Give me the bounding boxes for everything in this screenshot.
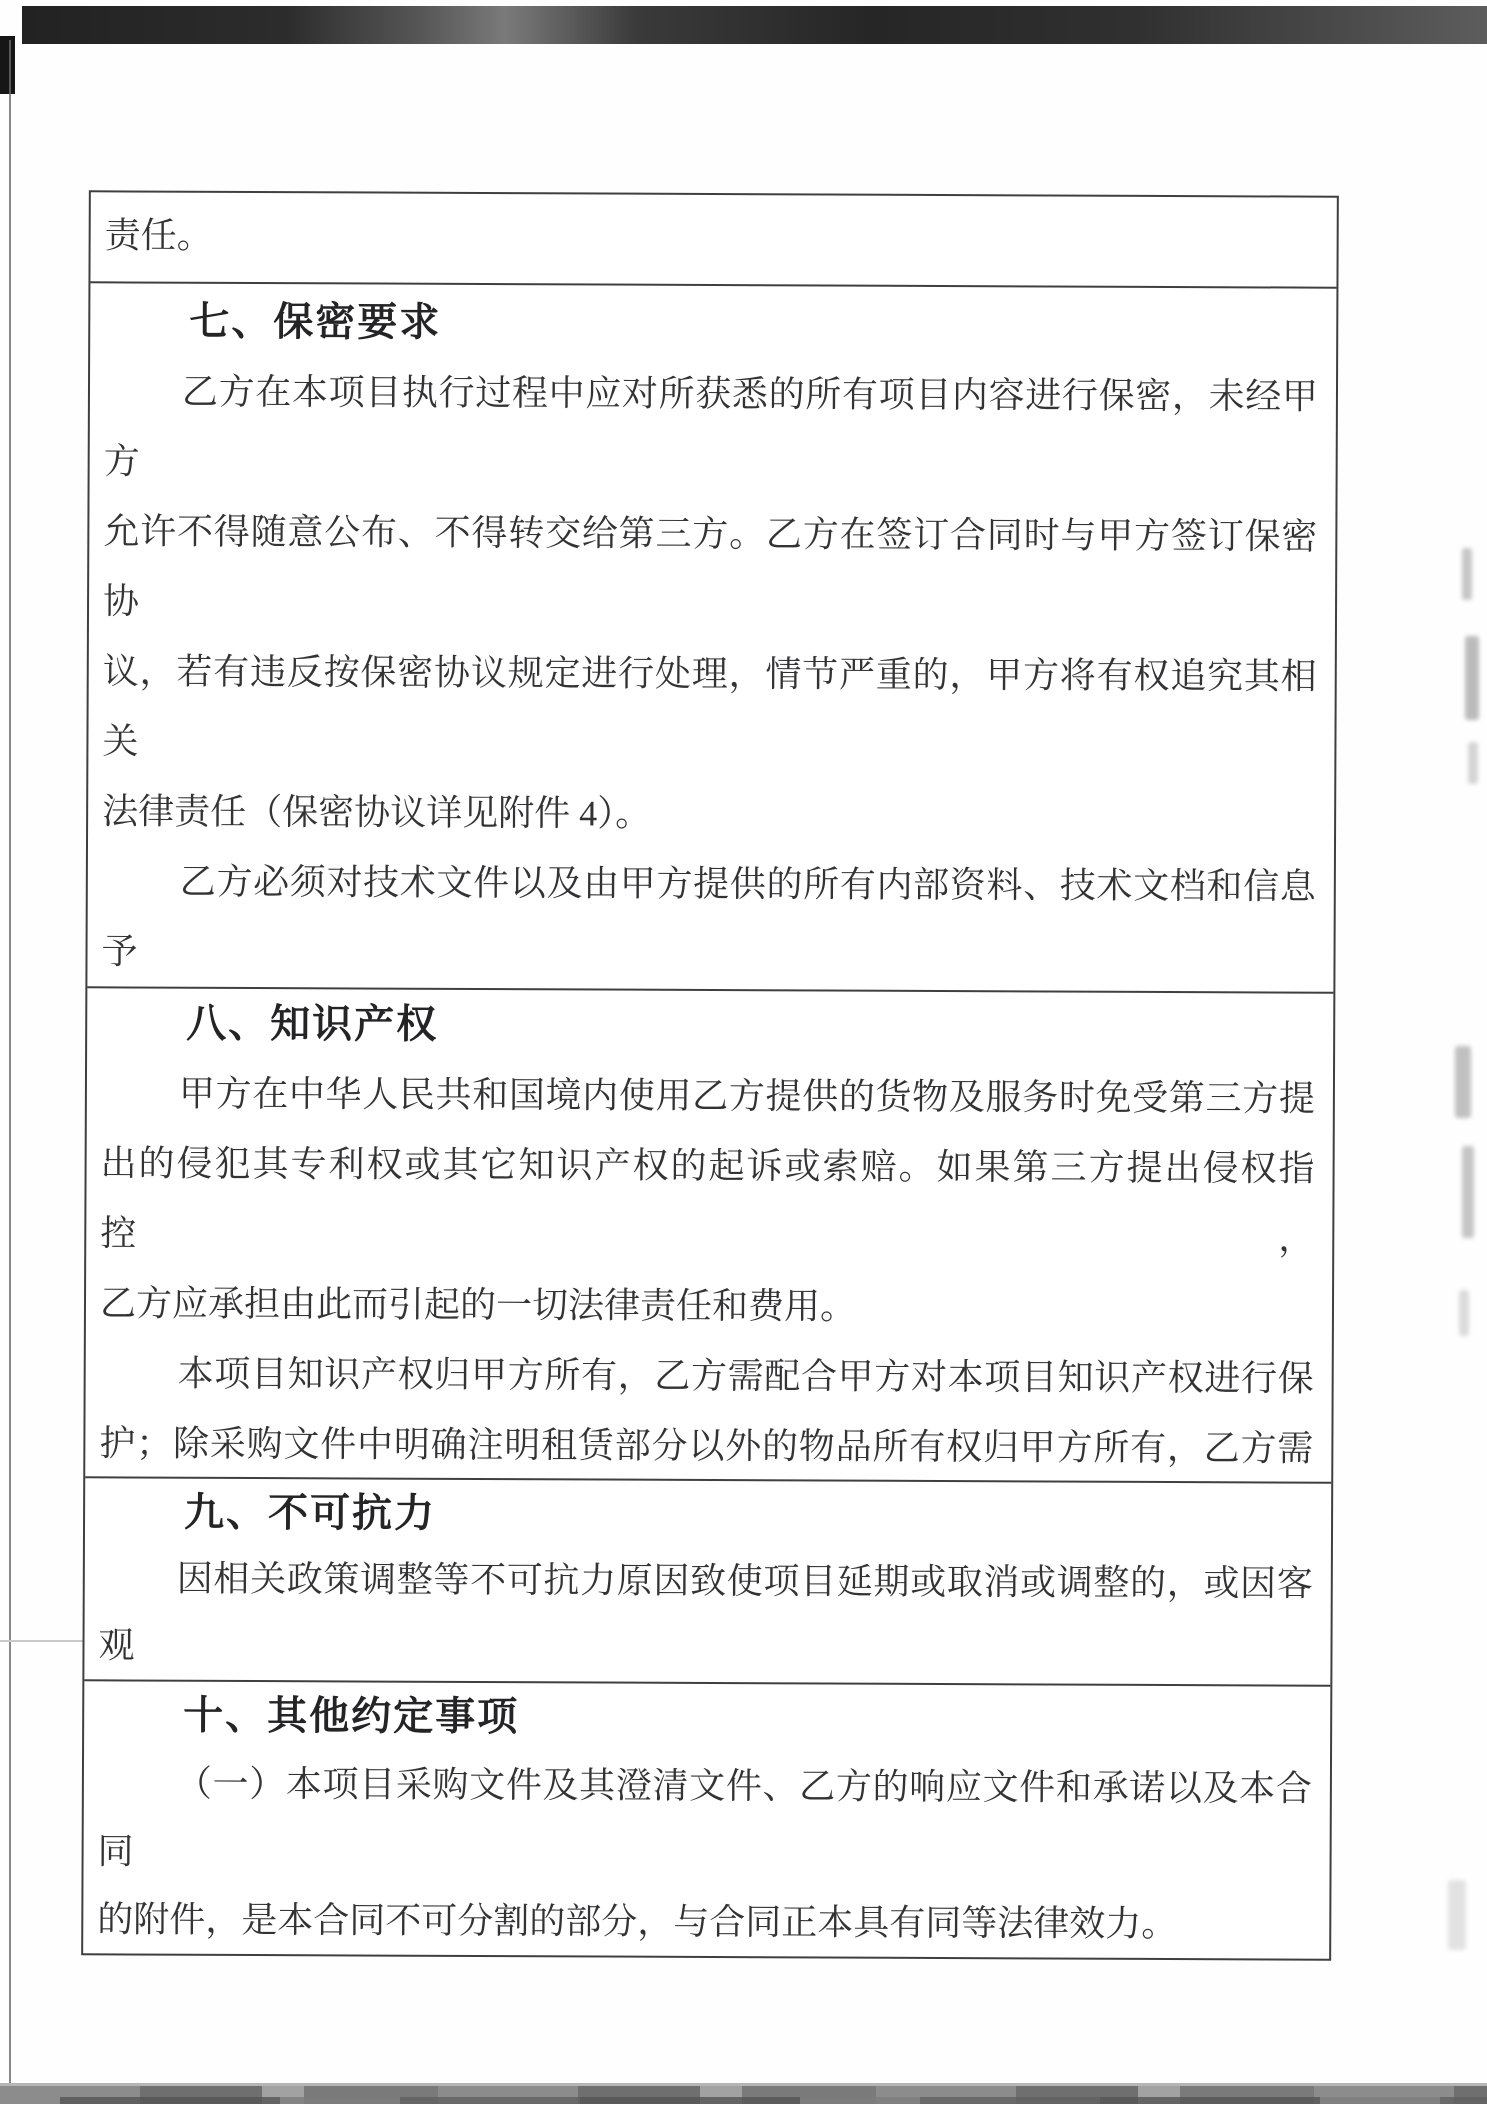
scan-artifact-smudge <box>1468 742 1478 784</box>
scan-artifact-corner-mark <box>0 36 15 94</box>
text-line: 因相关政策调整等不可抗力原因致使项目延期或取消或调整的，或因客观 <box>98 1545 1313 1684</box>
text-line: 法律责任（保密协议详见附件 4）。 <box>102 776 1316 851</box>
text-line: 议，若有违反按保密协议规定进行处理，情节严重的，甲方将有权追究其相关 <box>102 636 1317 781</box>
text-line: 乙方在本项目执行过程中应对所获悉的所有项目内容进行保密，未经甲方 <box>104 356 1319 501</box>
scan-artifact-left-edge-line <box>9 40 11 2084</box>
section-heading: 七、保密要求 <box>189 287 1318 362</box>
contract-section-row: 九、不可抗力因相关政策调整等不可抗力原因致使项目延期或取消或调整的，或因客观原因… <box>84 1476 1331 1684</box>
table-row-continuation: 责任。 <box>90 192 1336 286</box>
text-line: 允许不得随意公布、不得转交给第三方。乙方在签订合同时与甲方签订保密协 <box>103 496 1318 641</box>
scan-artifact-bottom-bar-dark <box>60 2097 1487 2104</box>
text-line: （一）本项目采购文件及其澄清文件、乙方的响应文件和承诺以及本合同 <box>97 1749 1312 1890</box>
contract-section-row: 十、其他约定事项（一）本项目采购文件及其澄清文件、乙方的响应文件和承诺以及本合同… <box>83 1679 1330 1958</box>
section-heading: 八、知识产权 <box>186 989 1315 1064</box>
text-line: 乙方应承担由此而引起的一切法律责任和费用。 <box>100 1268 1314 1343</box>
contract-section-row: 七、保密要求乙方在本项目执行过程中应对所获悉的所有项目内容进行保密，未经甲方允许… <box>87 281 1336 991</box>
text-line: 的附件，是本合同不可分割的部分，与合同正本具有同等法律效力。 <box>97 1885 1311 1958</box>
text-line: 本项目知识产权归甲方所有，乙方需配合甲方对本项目知识产权进行保 <box>100 1338 1314 1413</box>
scan-artifact-smudge <box>1462 548 1472 600</box>
scan-artifact-smudge <box>1459 1290 1469 1336</box>
text-line: 出的侵犯其专利权或其它知识产权的起诉或索赔。如果第三方提出侵权指控， <box>100 1128 1315 1273</box>
scanned-contract-page: 责任。 七、保密要求乙方在本项目执行过程中应对所获悉的所有项目内容进行保密，未经… <box>0 0 1487 2104</box>
contract-section-row: 八、知识产权甲方在中华人民共和国境内使用乙方提供的货物及服务时免受第三方提出的侵… <box>85 986 1333 1481</box>
contract-sections: 七、保密要求乙方在本项目执行过程中应对所获悉的所有项目内容进行保密，未经甲方允许… <box>83 281 1336 1958</box>
scan-artifact-smudge <box>1462 1146 1474 1238</box>
scan-artifact-smudge <box>1448 1880 1466 1950</box>
text-line: 护；除采购文件中明确注明租赁部分以外的物品所有权归甲方所有，乙方需配 <box>99 1408 1314 1481</box>
scan-artifact-top-bar <box>22 6 1487 44</box>
scan-artifact-smudge <box>1465 636 1479 720</box>
text-line: 甲方在中华人民共和国境内使用乙方提供的货物及服务时免受第三方提 <box>101 1058 1315 1133</box>
text-line: 乙方必须对技术文件以及由甲方提供的所有内部资料、技术文档和信息予 <box>101 846 1316 991</box>
text-line: 责任。 <box>105 204 1319 271</box>
scan-artifact-faint-line <box>0 1640 86 1642</box>
scan-artifact-smudge <box>1455 1046 1471 1118</box>
section-heading: 九、不可抗力 <box>184 1479 1313 1551</box>
section-heading: 十、其他约定事项 <box>183 1682 1312 1755</box>
contract-clauses-table: 责任。 七、保密要求乙方在本项目执行过程中应对所获悉的所有项目内容进行保密，未经… <box>81 190 1339 1960</box>
